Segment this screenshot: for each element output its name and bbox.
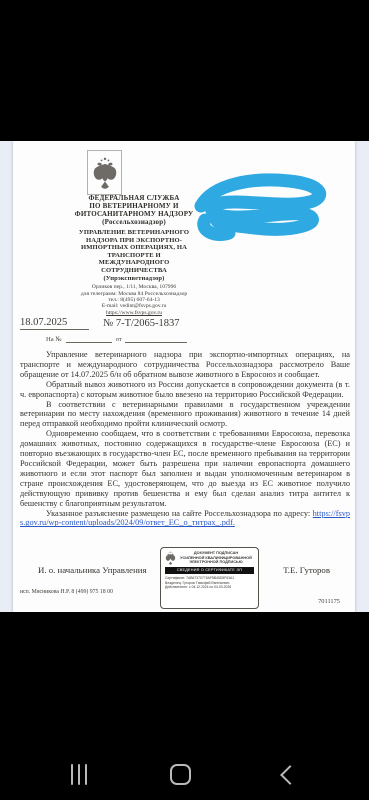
closing-paragraph: Указанное разъяснение размещено на сайте… — [20, 509, 350, 529]
double-headed-eagle-icon — [92, 155, 118, 191]
contact-block: Орликов пер., 1/11, Москва, 107996 для т… — [43, 284, 225, 316]
body-paragraph: Одновременно сообщаем, что в соответстви… — [20, 429, 350, 508]
blank-line — [66, 342, 112, 343]
department-line: ТРАНСПОРТЕ И — [43, 252, 225, 260]
closing-text: Указанное разъяснение размещено на сайте… — [46, 509, 310, 518]
reply-prefix: На № — [46, 336, 62, 343]
russian-coat-of-arms-icon — [87, 150, 122, 195]
signer-name: Т.Е. Гуторов — [283, 565, 330, 575]
stamp-title-line: ЭЛЕКТРОННОЙ ПОДПИСЬЮ — [178, 560, 254, 564]
stamp-header: ДОКУМЕНТ ПОДПИСАН УСИЛЕННОЙ КВАЛИФИЦИРОВ… — [165, 551, 254, 565]
home-button[interactable] — [170, 764, 191, 785]
validity-line: Действителен: с 04.12.2024 по 04.03.2026 — [165, 585, 254, 590]
signer-position: И. о. начальника Управления — [38, 565, 147, 575]
blue-redaction-scribble — [181, 169, 333, 247]
blank-line — [125, 342, 187, 343]
recents-bar — [71, 764, 73, 785]
body-paragraph: В соответствии с ветеринарными правилами… — [20, 400, 350, 430]
recents-bar — [85, 764, 87, 785]
document-viewer[interactable]: ФЕДЕРАЛЬНАЯ СЛУЖБА ПО ВЕТЕРИНАРНОМУ И ФИ… — [0, 141, 369, 612]
phone-screen: ФЕДЕРАЛЬНАЯ СЛУЖБА ПО ВЕТЕРИНАРНОМУ И ФИ… — [0, 0, 369, 800]
reply-reference-line: На № от — [46, 336, 187, 343]
android-nav-bar — [0, 612, 369, 800]
letter-page: ФЕДЕРАЛЬНАЯ СЛУЖБА ПО ВЕТЕРИНАРНОМУ И ФИ… — [13, 141, 355, 612]
document-code: 7011175 — [318, 598, 340, 605]
digital-signature-stamp: ДОКУМЕНТ ПОДПИСАН УСИЛЕННОЙ КВАЛИФИЦИРОВ… — [160, 547, 259, 609]
recents-button[interactable] — [71, 764, 87, 785]
letter-body: Управление ветеринарного надзора при экс… — [20, 350, 350, 528]
back-button[interactable] — [280, 765, 300, 785]
department-line: МЕЖДУНАРОДНОГО — [43, 259, 225, 267]
body-paragraph: Управление ветеринарного надзора при экс… — [20, 350, 350, 380]
certificate-info-bar: СВЕДЕНИЯ О СЕРТИФИКАТЕ ЭП — [165, 567, 254, 574]
executor-line: исп. Мясникова Н.Р. 8 (499) 975 18 00 — [20, 589, 113, 595]
department-line: СОТРУДНИЧЕСТВА — [43, 267, 225, 275]
letter-number: № 7-Т/2065-1837 — [103, 318, 179, 330]
certificate-details: Сертификат: 7AB67370775AF5B45D5F63A1 Вла… — [165, 576, 254, 590]
stamp-title: ДОКУМЕНТ ПОДПИСАН УСИЛЕННОЙ КВАЛИФИЦИРОВ… — [178, 551, 254, 564]
body-paragraph: Обратный вывоз животного из России допус… — [20, 380, 350, 400]
website-line: https://www.fsvps.gov.ru — [43, 310, 225, 316]
stamp-eagle-icon — [165, 551, 176, 565]
reply-ot: от — [116, 336, 122, 343]
department-line: (Упрэкспветнадзор) — [43, 275, 225, 283]
letter-date: 18.07.2025 — [20, 317, 89, 330]
recents-bar — [78, 764, 80, 785]
reference-line: 18.07.2025 № 7-Т/2065-1837 — [20, 317, 320, 330]
